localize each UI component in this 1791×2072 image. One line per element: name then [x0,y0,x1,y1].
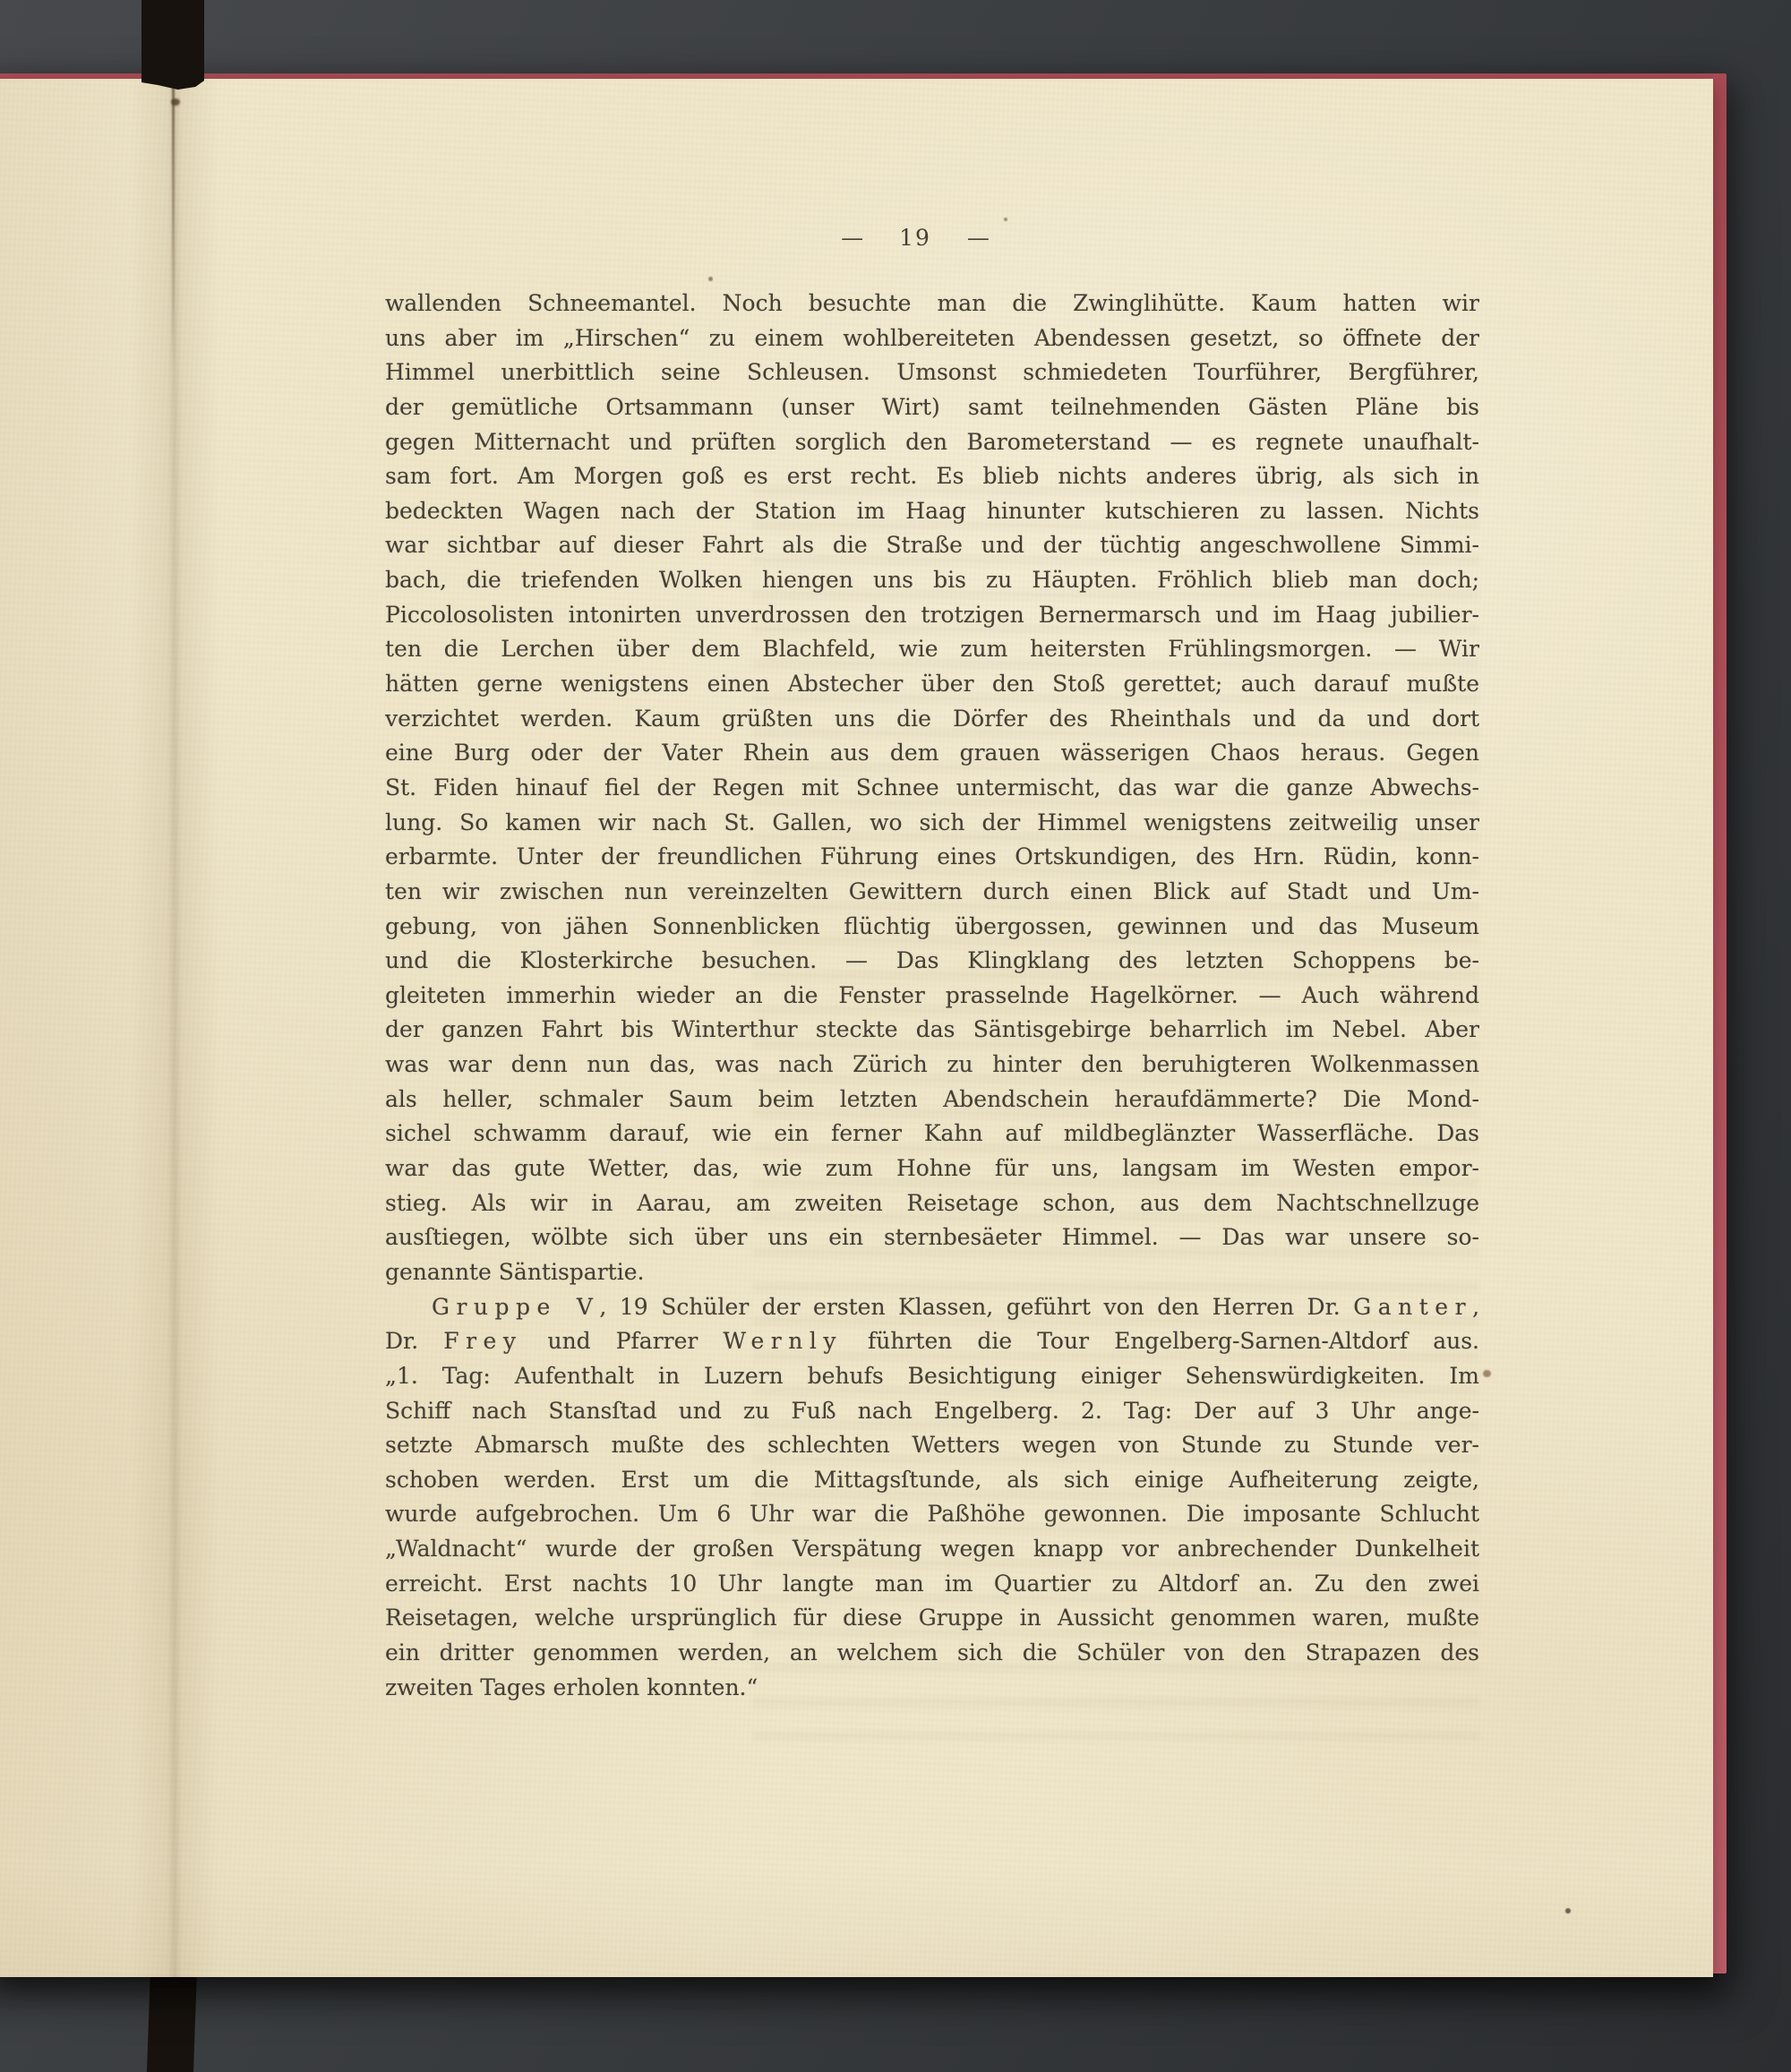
text-line: uns aber im „Hirschen“ zu einem wohlbere… [385,321,1479,356]
text-line: der ganzen Fahrt bis Winterthur steckte … [385,1013,1479,1048]
text-line: setzte Abmarsch mußte des schlechten Wet… [385,1428,1479,1463]
text-line: Schiff nach Stansſtad und zu Fuß nach En… [385,1394,1479,1429]
text-line: hätten gerne wenigstens einen Abstecher … [385,667,1479,702]
text-line: ausſtiegen, wölbte sich über uns ein ste… [385,1220,1479,1255]
text-block: wallenden Schneemantel. Noch besuchte ma… [385,287,1479,1705]
text-line: verzichtet werden. Kaum grüßten uns die … [385,702,1479,737]
text-line: wallenden Schneemantel. Noch besuchte ma… [385,287,1479,321]
text-line: zweiten Tages erholen konnten.“ [385,1671,1479,1706]
text-line: Reisetagen, welche ursprünglich für dies… [385,1601,1479,1636]
header-dash-right: — [967,225,990,251]
text-line: erbarmte. Unter der freundlichen Führung… [385,840,1479,875]
paper-speck [610,1007,613,1011]
book-page: —19— wallenden Schneemantel. Noch besuch… [0,79,1713,1977]
text-line: gegen Mitternacht und prüften sorglich d… [385,425,1479,460]
text-line: „1. Tag: Aufenthalt in Luzern behufs Bes… [385,1359,1479,1394]
bookmark-ribbon-bottom [147,1968,197,2072]
text-line: gleiteten immerhin wieder an die Fenster… [385,979,1479,1014]
letterspaced-name: Frey [443,1328,522,1354]
page-header: —19— [368,225,1462,251]
text-line: der gemütliche Ortsammann (unser Wirt) s… [385,390,1479,425]
bookmark-ribbon-top [141,0,204,90]
paper-speck [1004,218,1007,221]
header-dash-left: — [841,225,863,251]
text-line: bedeckten Wagen nach der Station im Haag… [385,494,1479,529]
text-line: stieg. Als wir in Aarau, am zweiten Reis… [385,1186,1479,1221]
letterspaced-name: Gruppe V [432,1294,599,1320]
text-line: und die Klosterkirche besuchen. — Das Kl… [385,944,1479,979]
text-line: war das gute Wetter, das, wie zum Hohne … [385,1152,1479,1186]
text-line: „Waldnacht“ wurde der großen Verspätung … [385,1532,1479,1567]
text-line: wurde aufgebrochen. Um 6 Uhr war die Paß… [385,1497,1479,1532]
text-line: ten die Lerchen über dem Blachfeld, wie … [385,632,1479,667]
paper-speck [1565,1908,1571,1914]
text-line: sam fort. Am Morgen goß es erst recht. E… [385,459,1479,494]
text-line: Gruppe V, 19 Schüler der ersten Klassen,… [385,1290,1479,1325]
paper-speck [708,277,713,281]
text-line: genannte Säntispartie. [385,1255,1479,1290]
text-line: Dr. Frey und Pfarrer Wernly führten die … [385,1324,1479,1359]
text-line: sichel schwamm darauf, wie ein ferner Ka… [385,1117,1479,1152]
paper-speck [171,98,180,106]
text-line: Piccolosolisten intonirten unverdrossen … [385,598,1479,633]
text-line: gebung, von jähen Sonnenblicken flüchtig… [385,910,1479,945]
text-line: was war denn nun das, was nach Zürich zu… [385,1048,1479,1083]
text-line: bach, die triefenden Wolken hiengen uns … [385,563,1479,598]
gutter-crease [130,79,219,1977]
letterspaced-name: Wernly [723,1328,843,1354]
text-line: war sichtbar auf dieser Fahrt als die St… [385,528,1479,563]
letterspaced-name: Ganter [1353,1294,1472,1320]
text-line: als heller, schmaler Saum beim letzten A… [385,1083,1479,1117]
text-line: eine Burg oder der Vater Rhein aus dem g… [385,736,1479,771]
photographed-book-scene: —19— wallenden Schneemantel. Noch besuch… [0,0,1791,2072]
text-line: schoben werden. Erst um die Mittagsſtund… [385,1463,1479,1498]
text-line: St. Fiden hinauf fiel der Regen mit Schn… [385,771,1479,806]
text-line: Himmel unerbittlich seine Schleusen. Ums… [385,355,1479,390]
page-number: 19 [899,225,931,251]
text-line: erreicht. Erst nachts 10 Uhr langte man … [385,1567,1479,1602]
text-line: ten wir zwischen nun vereinzelten Gewitt… [385,875,1479,910]
text-line: ein dritter genommen werden, an welchem … [385,1636,1479,1671]
gutter-crack [172,77,175,372]
text-line: lung. So kamen wir nach St. Gallen, wo s… [385,806,1479,841]
paper-speck [1483,1370,1491,1377]
